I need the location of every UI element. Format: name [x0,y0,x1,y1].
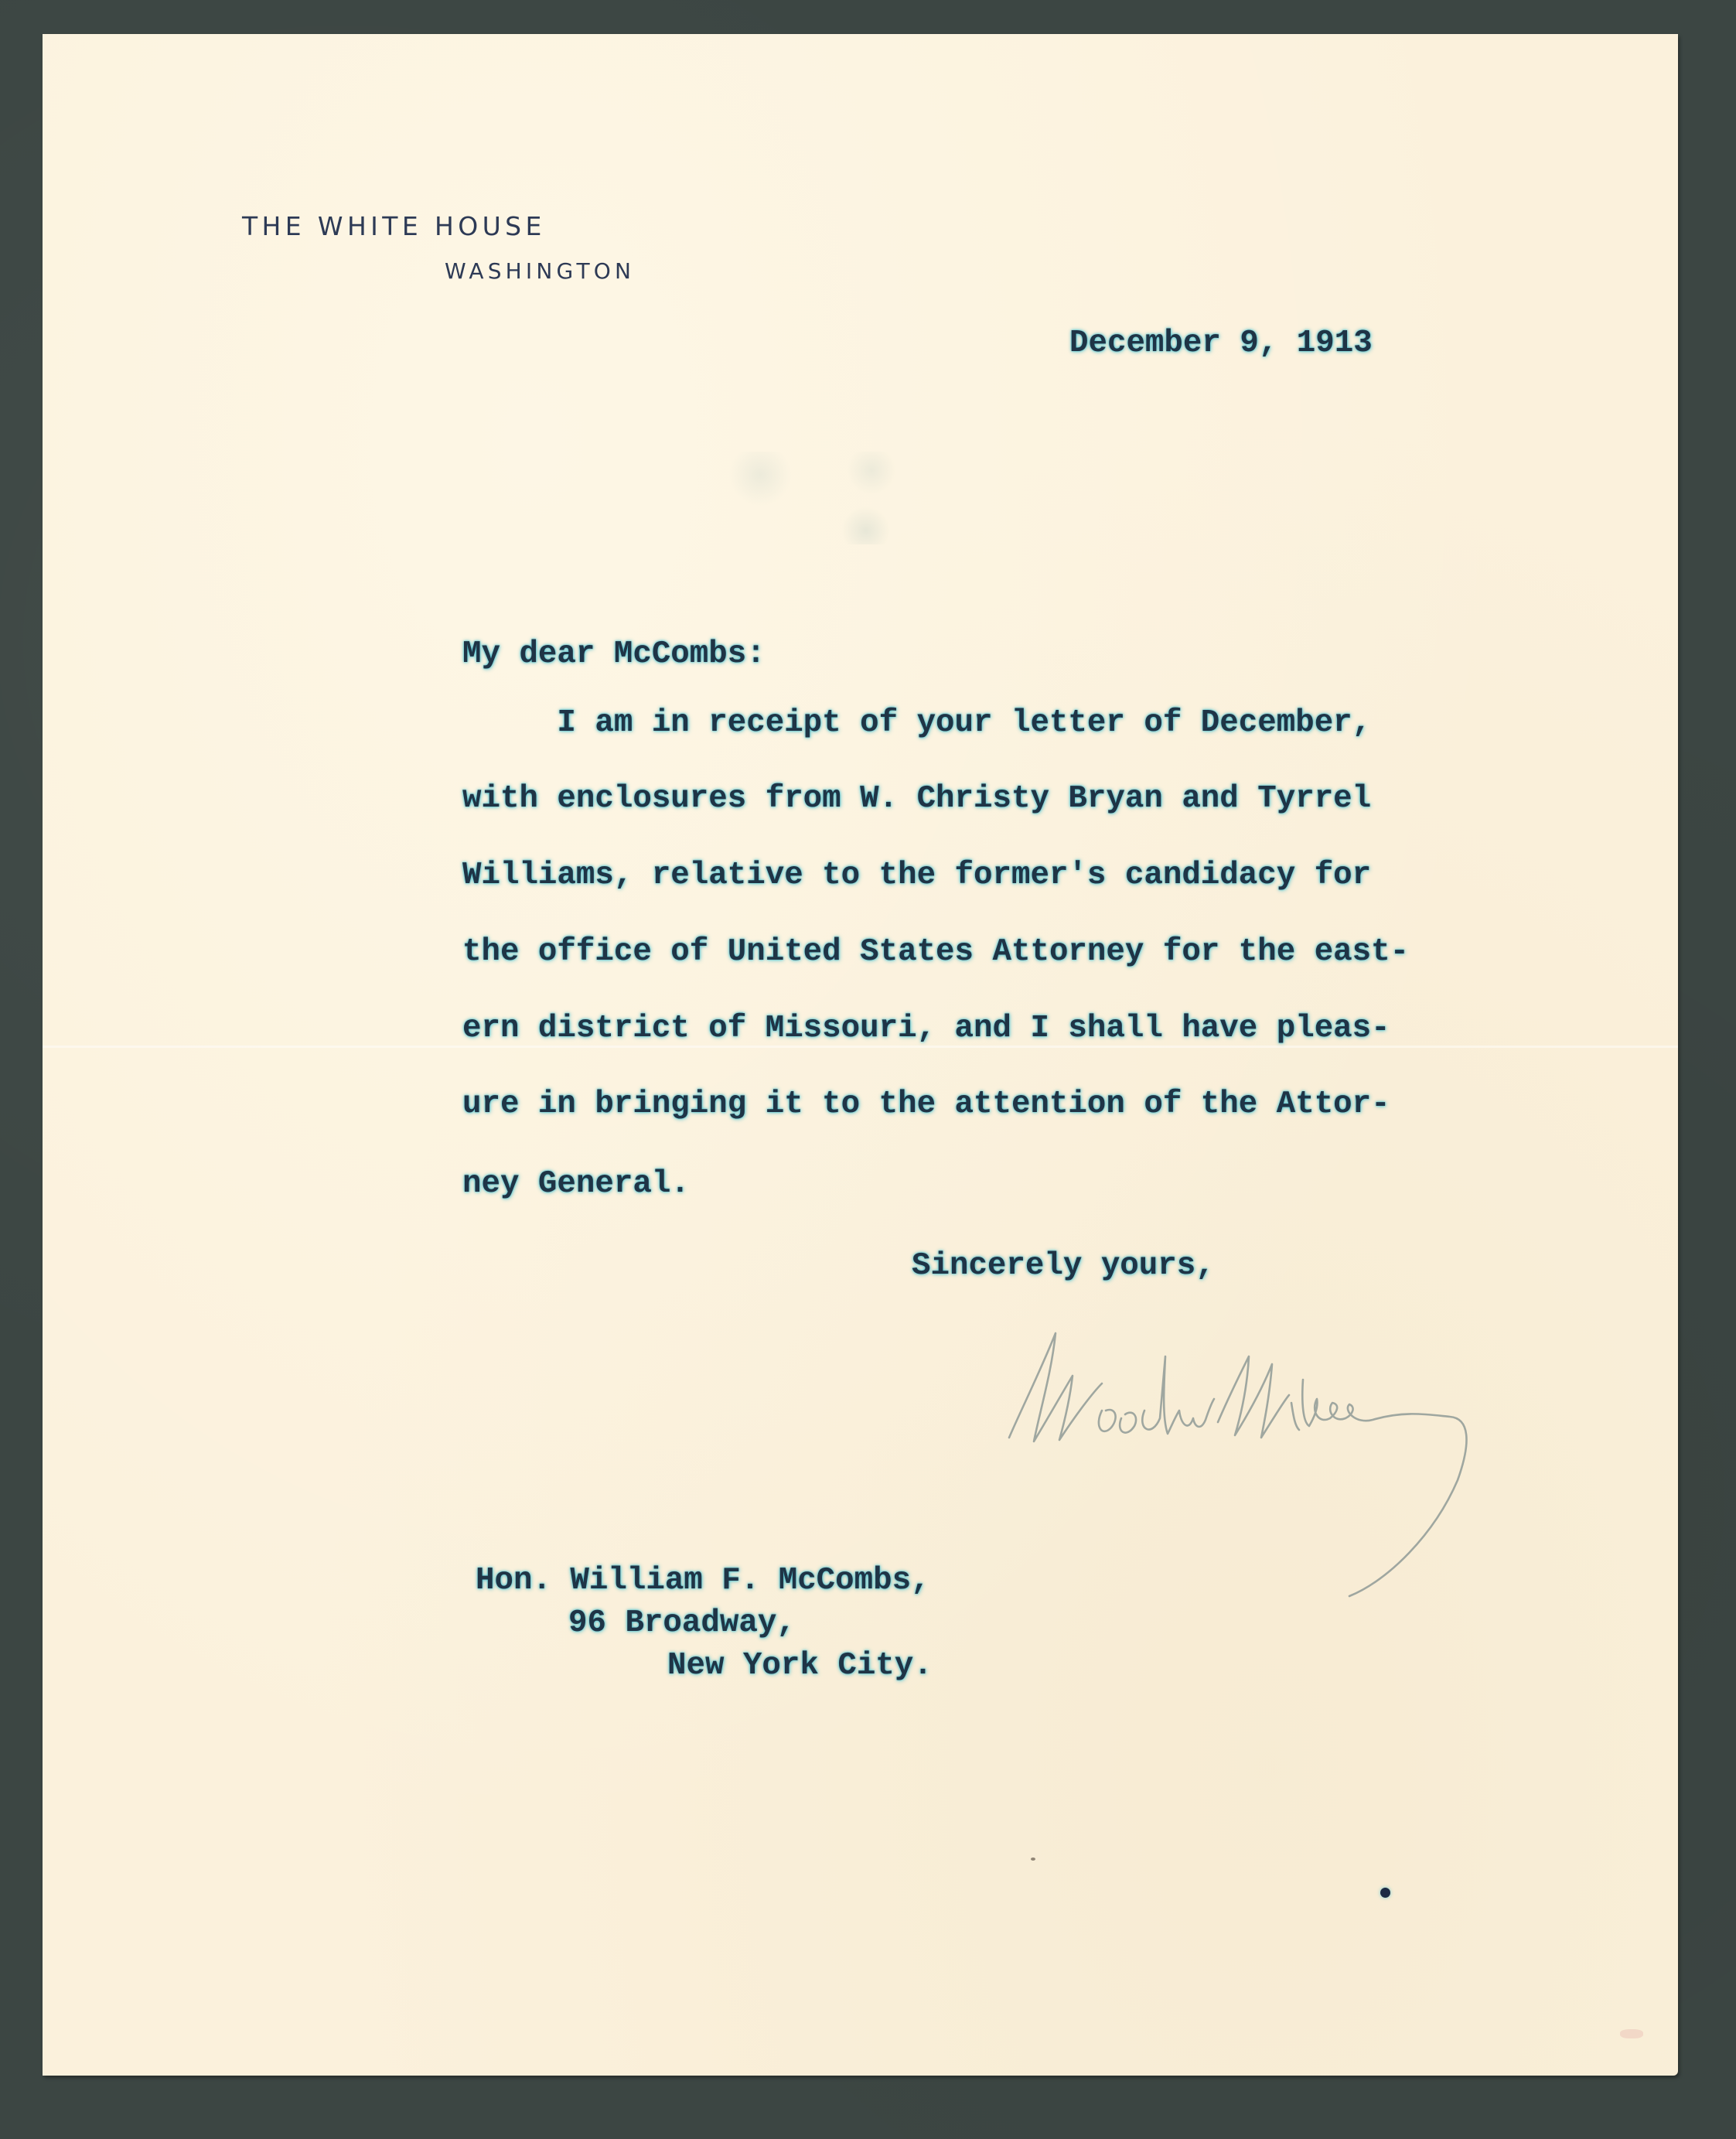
paper-speck [1031,1858,1035,1861]
signature-scrawl-icon [986,1302,1620,1627]
recipient-city: New York City. [667,1650,933,1682]
body-line: ney General. [462,1168,690,1200]
ghost-offset-marks [677,452,955,544]
letterhead-title: THE WHITE HOUSE [242,211,546,241]
recipient-name: Hon. William F. McCombs, [476,1565,930,1597]
letter-sheet: THE WHITE HOUSE WASHINGTON December 9, 1… [43,34,1678,2076]
body-line: Williams, relative to the former's candi… [462,860,1371,892]
recipient-street: 96 Broadway, [568,1608,796,1639]
pencil-mark [1620,2029,1643,2038]
signature: Woodrow Wilson [986,1302,1620,1627]
closing: Sincerely yours, [912,1250,1215,1282]
body-line: the office of United States Attorney for… [462,936,1409,968]
body-line: I am in receipt of your letter of Decemb… [462,708,1371,739]
letterhead-city: WASHINGTON [445,258,635,284]
body-line: ure in bringing it to the attention of t… [462,1089,1390,1121]
body-line: with enclosures from W. Christy Bryan an… [462,783,1371,815]
body-line: ern district of Missouri, and I shall ha… [462,1013,1390,1045]
ink-dot [1380,1888,1390,1898]
letter-date: December 9, 1913 [1069,328,1373,360]
salutation: My dear McCombs: [462,639,766,670]
